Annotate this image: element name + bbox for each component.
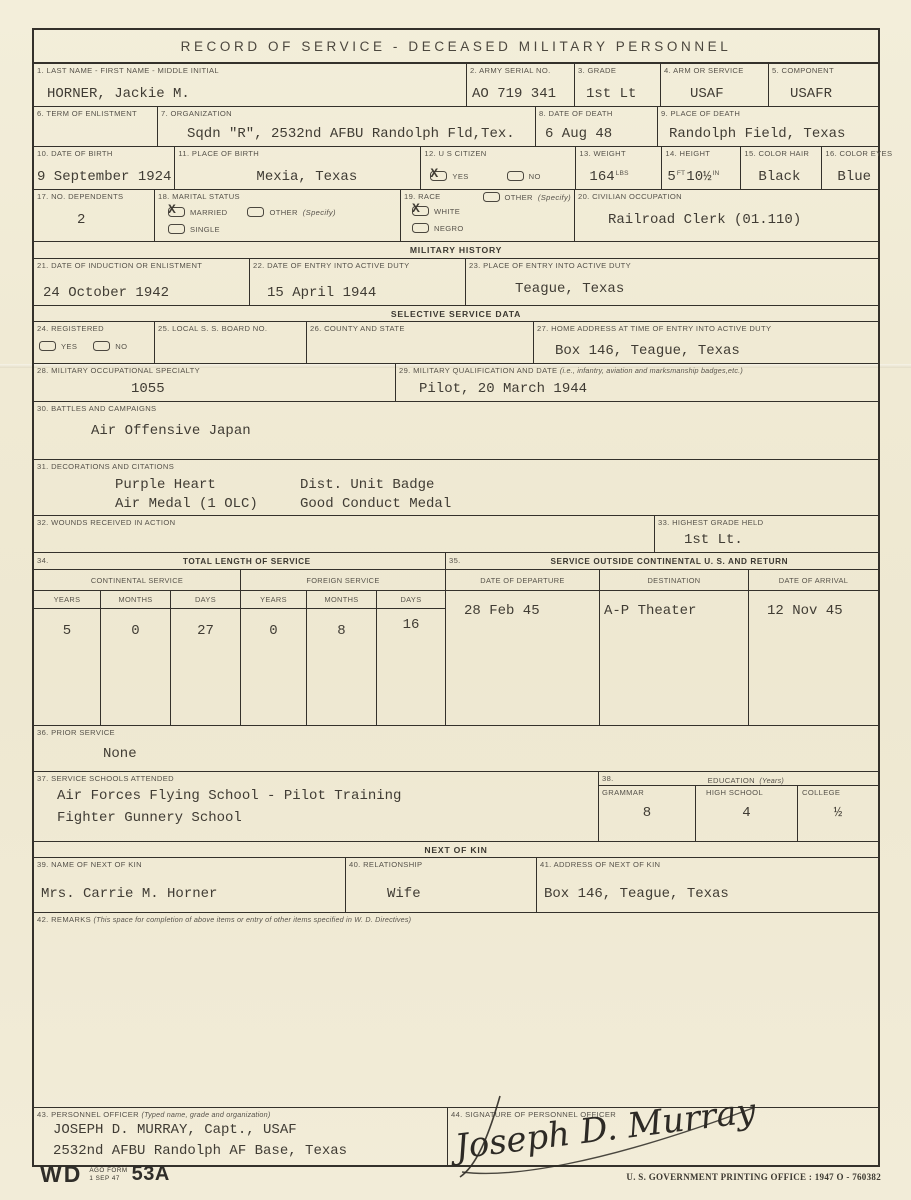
field-label-note: (i.e., infantry, aviation and marksmansh… — [560, 366, 743, 375]
field-value: 1st Lt. — [658, 532, 875, 550]
field-label: 27. HOME ADDRESS AT TIME OF ENTRY INTO A… — [537, 324, 875, 333]
col-destination-header: DESTINATION — [600, 570, 749, 590]
field-highest-grade-held: 33. HIGHEST GRADE HELD 1st Lt. — [655, 516, 878, 552]
field-value: 2 — [37, 212, 151, 228]
field-label-text: 43. PERSONNEL OFFICER — [37, 1110, 139, 1119]
field-value-line1: Air Forces Flying School - Pilot Trainin… — [37, 788, 595, 804]
field-label: 17. NO. DEPENDENTS — [37, 192, 151, 201]
field-value — [37, 142, 154, 144]
destination: A-P Theater — [600, 591, 749, 725]
checkbox-married: X MARRIED — [168, 207, 227, 217]
field-label: 43. PERSONNEL OFFICER (Typed name, grade… — [37, 1110, 444, 1119]
row-fields-10-16: 10. DATE OF BIRTH 9 September 1924 11. P… — [34, 147, 878, 190]
field-value-line2: Fighter Gunnery School — [37, 810, 595, 826]
field-label: 41. ADDRESS OF NEXT OF KIN — [540, 860, 875, 869]
col-years-header: YEARS — [241, 591, 307, 608]
continental-days: 27 — [171, 609, 241, 725]
row-fields-43-44: 43. PERSONNEL OFFICER (Typed name, grade… — [34, 1108, 878, 1165]
row-fields-24-27: 24. REGISTERED X YES X NO 25. LOCAL S. S… — [34, 322, 878, 364]
field-army-serial-no: 2. ARMY SERIAL NO. AO 719 341 — [467, 64, 575, 106]
checkbox-label: NO — [529, 172, 541, 181]
field-label-text: 42. REMARKS — [37, 915, 91, 924]
row-fields-17-20: 17. NO. DEPENDENTS 2 18. MARITAL STATUS … — [34, 190, 878, 242]
field-number: 34. — [34, 556, 49, 565]
field-label: 40. RELATIONSHIP — [349, 860, 533, 869]
col-months-header: MONTHS — [307, 591, 377, 608]
total-length-of-service-block: 34. TOTAL LENGTH OF SERVICE CONTINENTAL … — [34, 553, 446, 725]
field-mos: 28. MILITARY OCCUPATIONAL SPECIALTY 1055 — [34, 364, 396, 401]
field-grade: 3. GRADE 1st Lt — [575, 64, 661, 106]
education-columns: GRAMMAR 8 HIGH SCHOOL 4 COLLEGE ½ — [599, 786, 878, 841]
col-months-header: MONTHS — [101, 591, 171, 608]
field-label: 22. DATE OF ENTRY INTO ACTIVE DUTY — [253, 261, 462, 270]
banner-selective-service: SELECTIVE SERVICE DATA — [34, 306, 878, 322]
row-fields-28-29: 28. MILITARY OCCUPATIONAL SPECIALTY 1055… — [34, 364, 878, 402]
field-value — [37, 548, 651, 550]
continental-months: 0 — [101, 609, 171, 725]
field-value: Blue — [825, 169, 892, 187]
field-value: None — [37, 746, 875, 762]
field-label-note: (Typed name, grade and organization) — [141, 1110, 270, 1119]
field-label: 14. HEIGHT — [665, 149, 737, 158]
field-race: 19. RACE X OTHER (Specify) X WHITE X — [401, 190, 575, 241]
row-fields-21-23: 21. DATE OF INDUCTION OR ENLISTMENT 24 O… — [34, 259, 878, 306]
field-label: 9. PLACE OF DEATH — [661, 109, 875, 118]
field-prior-service: 36. PRIOR SERVICE None — [34, 726, 878, 771]
weight-unit: LBS — [616, 170, 629, 177]
departure-dest-arrival-values: 28 Feb 45 A-P Theater 12 Nov 45 — [446, 591, 878, 725]
foreign-days: 16 — [377, 609, 445, 725]
decoration-item: Good Conduct Medal — [300, 496, 451, 512]
field-label: 8. DATE OF DEATH — [539, 109, 654, 118]
field-battles-and-campaigns: 30. BATTLES AND CAMPAIGNS Air Offensive … — [34, 402, 878, 459]
cell-value: 5 — [63, 623, 71, 725]
field-label: 7. ORGANIZATION — [161, 109, 532, 118]
printing-office-note: U. S. GOVERNMENT PRINTING OFFICE : 1947 … — [626, 1172, 881, 1182]
field-label: 21. DATE OF INDUCTION OR ENLISTMENT — [37, 261, 246, 270]
field-component: 5. COMPONENT USAFR — [769, 64, 878, 106]
field-registered: 24. REGISTERED X YES X NO — [34, 322, 155, 363]
field-place-entry-active-duty: 23. PLACE OF ENTRY INTO ACTIVE DUTY Teag… — [466, 259, 878, 305]
field-arm-or-service: 4. ARM OR SERVICE USAF — [661, 64, 769, 106]
check-x-mark: X — [430, 166, 438, 181]
field-value: Wife — [349, 886, 533, 910]
foreign-service-header: FOREIGN SERVICE — [241, 570, 445, 590]
row-field-36: 36. PRIOR SERVICE None — [34, 726, 878, 772]
field-label: 32. WOUNDS RECEIVED IN ACTION — [37, 518, 651, 527]
date-of-arrival: 12 Nov 45 — [749, 591, 878, 725]
field-value: 15 April 1944 — [253, 285, 462, 303]
check-x-mark: X — [412, 201, 420, 216]
form-date-text: 1 SEP 47 — [89, 1175, 127, 1183]
field-marital-status: 18. MARITAL STATUS X MARRIED X OTHER (Sp… — [155, 190, 401, 241]
field-label: 15. COLOR HAIR — [744, 149, 818, 158]
field-no-dependents: 17. NO. DEPENDENTS 2 — [34, 190, 155, 241]
column-label: HIGH SCHOOL — [696, 786, 797, 797]
field-label: 37. SERVICE SCHOOLS ATTENDED — [37, 774, 595, 783]
field-value: USAFR — [772, 86, 875, 104]
checkbox-label: OTHER — [269, 208, 297, 217]
field-value: Randolph Field, Texas — [661, 126, 875, 144]
field-value: 9 September 1924 — [37, 169, 171, 187]
field-label: 11. PLACE OF BIRTH — [178, 149, 417, 158]
checkbox-label-note: (Specify) — [538, 193, 571, 202]
decoration-item: Dist. Unit Badge — [300, 477, 451, 493]
field-value-group: 164LBS — [579, 167, 658, 187]
form-number: 53A — [132, 1164, 170, 1184]
checkbox-label-note: (Specify) — [303, 208, 336, 217]
col-days-header: DAYS — [377, 591, 445, 608]
checkbox-white: X WHITE — [412, 206, 460, 216]
checkbox-negro: X NEGRO — [412, 223, 464, 233]
education-college: COLLEGE ½ — [798, 786, 878, 841]
field-number: 38. — [599, 774, 614, 783]
field-wounds-received: 32. WOUNDS RECEIVED IN ACTION — [34, 516, 655, 552]
field-value: Teague, Texas — [469, 281, 875, 303]
field-height: 14. HEIGHT 5FT10½IN — [662, 147, 741, 189]
row-fields-6-9: 6. TERM OF ENLISTMENT 7. ORGANIZATION Sq… — [34, 107, 878, 147]
field-place-of-birth: 11. PLACE OF BIRTH Mexia, Texas — [175, 147, 421, 189]
checkbox-label: YES — [61, 342, 77, 351]
education-header: 38. EDUCATION (Years) — [599, 772, 878, 786]
field-value: Pilot, 20 March 1944 — [399, 381, 875, 399]
height-feet-unit: FT — [677, 170, 685, 177]
field-label: 30. BATTLES AND CAMPAIGNS — [37, 404, 875, 413]
field-home-address: 27. HOME ADDRESS AT TIME OF ENTRY INTO A… — [534, 322, 878, 363]
marital-options-row2: X SINGLE — [158, 224, 397, 234]
column-value: ½ — [834, 805, 842, 821]
row-field-30: 30. BATTLES AND CAMPAIGNS Air Offensive … — [34, 402, 878, 460]
cell-value: 0 — [131, 623, 139, 725]
cell-value: 27 — [197, 623, 214, 725]
field-label-text: 29. MILITARY QUALIFICATION AND DATE — [399, 366, 557, 375]
scanned-form-page: RECORD OF SERVICE - DECEASED MILITARY PE… — [0, 0, 911, 1200]
field-local-ss-board: 25. LOCAL S. S. BOARD NO. — [155, 322, 307, 363]
field-label: 16. COLOR EYES — [825, 149, 892, 158]
checkbox-race-other: X OTHER (Specify) — [483, 192, 571, 202]
field-label: 2. ARMY SERIAL NO. — [470, 66, 571, 75]
field-value: AO 719 341 — [470, 86, 571, 104]
column-label: GRAMMAR — [599, 786, 695, 797]
date-of-departure: 28 Feb 45 — [446, 591, 600, 725]
education-title: EDUCATION — [708, 776, 755, 785]
field-remarks: 42. REMARKS (This space for completion o… — [34, 913, 878, 1107]
checkbox-label: MARRIED — [190, 208, 227, 217]
form-title: RECORD OF SERVICE - DECEASED MILITARY PE… — [34, 30, 878, 64]
field-name-of-next-of-kin: 39. NAME OF NEXT OF KIN Mrs. Carrie M. H… — [34, 858, 346, 912]
form-number-footer: WD AGO FORM 1 SEP 47 53A — [40, 1163, 170, 1186]
decorations-list: Purple Heart Dist. Unit Badge Air Medal … — [37, 477, 875, 511]
field-education: 38. EDUCATION (Years) GRAMMAR 8 HIGH SCH… — [599, 772, 878, 841]
field-label: 13. WEIGHT — [579, 149, 658, 158]
row-field-31: 31. DECORATIONS AND CITATIONS Purple Hea… — [34, 460, 878, 516]
field-service-schools: 37. SERVICE SCHOOLS ATTENDED Air Forces … — [34, 772, 599, 841]
field-label: 28. MILITARY OCCUPATIONAL SPECIALTY — [37, 366, 392, 375]
col-days-header: DAYS — [171, 591, 241, 608]
field-value: Mexia, Texas — [178, 169, 417, 187]
checkbox-label: SINGLE — [190, 225, 220, 234]
education-high-school: HIGH SCHOOL 4 — [696, 786, 798, 841]
field-label: 5. COMPONENT — [772, 66, 875, 75]
field-number: 35. — [446, 556, 461, 565]
field-value — [310, 359, 530, 361]
checkbox-registered-yes: X YES — [39, 341, 77, 351]
check-x-mark: X — [168, 202, 176, 217]
checkbox-registered-no: X NO — [93, 341, 127, 351]
section-title: TOTAL LENGTH OF SERVICE — [49, 557, 445, 566]
checkbox-box: X — [93, 341, 110, 351]
height-feet-value: 5 — [667, 169, 675, 185]
record-of-service-form: RECORD OF SERVICE - DECEASED MILITARY PE… — [32, 28, 880, 1167]
field-value: 24 October 1942 — [37, 285, 246, 303]
field-relationship: 40. RELATIONSHIP Wife — [346, 858, 537, 912]
continental-foreign-headers: CONTINENTAL SERVICE FOREIGN SERVICE — [34, 570, 445, 591]
column-value: 8 — [643, 805, 651, 821]
ago-form-stack: AGO FORM 1 SEP 47 — [89, 1167, 127, 1182]
field-label: 18. MARITAL STATUS — [158, 192, 397, 201]
checkbox-citizen-no: X NO — [507, 171, 541, 181]
field-label: 25. LOCAL S. S. BOARD NO. — [158, 324, 303, 333]
field-label: 3. GRADE — [578, 66, 657, 75]
field-value: Sqdn "R", 2532nd AFBU Randolph Fld,Tex. — [161, 126, 532, 144]
field-value: 1055 — [37, 381, 392, 399]
column-label: COLLEGE — [798, 786, 878, 797]
field-weight: 13. WEIGHT 164LBS — [576, 147, 662, 189]
field-date-entry-active-duty: 22. DATE OF ENTRY INTO ACTIVE DUTY 15 Ap… — [250, 259, 466, 305]
continental-service-header: CONTINENTAL SERVICE — [34, 570, 241, 590]
banner-military-history: MILITARY HISTORY — [34, 242, 878, 259]
field-label: 20. CIVILIAN OCCUPATION — [578, 192, 875, 201]
field-date-of-induction: 21. DATE OF INDUCTION OR ENLISTMENT 24 O… — [34, 259, 250, 305]
field-label: 19. RACE — [404, 192, 441, 201]
field-label: 29. MILITARY QUALIFICATION AND DATE (i.e… — [399, 366, 875, 375]
field-value: Box 146, Teague, Texas — [537, 343, 875, 361]
field-value: 1st Lt — [578, 86, 657, 104]
field-label-note: (This space for completion of above item… — [94, 915, 412, 924]
row-field-42: 42. REMARKS (This space for completion o… — [34, 913, 878, 1108]
ago-form-text: AGO FORM — [89, 1167, 127, 1175]
cell-value: 16 — [403, 617, 420, 725]
height-inches-unit: IN — [713, 170, 720, 177]
education-title-note: (Years) — [759, 776, 784, 785]
service-table: 34. TOTAL LENGTH OF SERVICE CONTINENTAL … — [34, 553, 878, 726]
col-departure-header: DATE OF DEPARTURE — [446, 570, 600, 590]
field-organization: 7. ORGANIZATION Sqdn "R", 2532nd AFBU Ra… — [158, 107, 536, 146]
field-civilian-occupation: 20. CIVILIAN OCCUPATION Railroad Clerk (… — [575, 190, 878, 241]
total-length-header: 34. TOTAL LENGTH OF SERVICE — [34, 553, 445, 570]
decoration-item: Air Medal (1 OLC) — [115, 496, 300, 512]
field-label: 4. ARM OR SERVICE — [664, 66, 765, 75]
field-color-hair: 15. COLOR HAIR Black — [741, 147, 822, 189]
field-value: 6 Aug 48 — [539, 126, 654, 144]
continental-years: 5 — [34, 609, 101, 725]
race-row-white: X WHITE — [404, 206, 571, 216]
row-fields-37-38: 37. SERVICE SCHOOLS ATTENDED Air Forces … — [34, 772, 878, 842]
checkbox-box: X — [168, 224, 185, 234]
cell-value: 0 — [269, 623, 277, 725]
field-label: 10. DATE OF BIRTH — [37, 149, 171, 158]
field-value — [158, 359, 303, 361]
education-title-group: EDUCATION (Years) — [614, 770, 878, 788]
citizen-options: X YES X NO — [424, 171, 572, 187]
ymd-values: 5 0 27 0 8 16 — [34, 609, 445, 725]
race-row-negro: X NEGRO — [404, 223, 571, 233]
field-color-eyes: 16. COLOR EYES Blue — [822, 147, 895, 189]
field-date-of-birth: 10. DATE OF BIRTH 9 September 1924 — [34, 147, 175, 189]
checkbox-citizen-yes: X YES — [430, 171, 468, 181]
officer-name-line: JOSEPH D. MURRAY, Capt., USAF — [37, 1122, 444, 1138]
field-value: Railroad Clerk (01.110) — [578, 212, 875, 228]
checkbox-single: X SINGLE — [168, 224, 220, 234]
col-years-header: YEARS — [34, 591, 101, 608]
cell-value: 12 Nov 45 — [767, 603, 843, 725]
field-place-of-death: 9. PLACE OF DEATH Randolph Field, Texas — [658, 107, 878, 146]
field-label: 6. TERM OF ENLISTMENT — [37, 109, 154, 118]
field-label: 33. HIGHEST GRADE HELD — [658, 518, 875, 527]
row-fields-1-5: 1. LAST NAME - FIRST NAME - MIDDLE INITI… — [34, 64, 878, 107]
cell-value: A-P Theater — [604, 603, 696, 725]
section-title: SERVICE OUTSIDE CONTINENTAL U. S. AND RE… — [461, 557, 878, 566]
field-value: HORNER, Jackie M. — [37, 86, 463, 104]
row-fields-39-41: 39. NAME OF NEXT OF KIN Mrs. Carrie M. H… — [34, 858, 878, 913]
departure-dest-arrival-headers: DATE OF DEPARTURE DESTINATION DATE OF AR… — [446, 570, 878, 591]
field-value: USAF — [664, 86, 765, 104]
service-outside-header: 35. SERVICE OUTSIDE CONTINENTAL U. S. AN… — [446, 553, 878, 570]
field-address-of-next-of-kin: 41. ADDRESS OF NEXT OF KIN Box 146, Teag… — [537, 858, 878, 912]
checkbox-label: NEGRO — [434, 224, 464, 233]
field-label: 44. SIGNATURE OF PERSONNEL OFFICER — [451, 1110, 875, 1119]
field-label: 23. PLACE OF ENTRY INTO ACTIVE DUTY — [469, 261, 875, 270]
cell-value: 8 — [337, 623, 345, 725]
field-personnel-officer: 43. PERSONNEL OFFICER (Typed name, grade… — [34, 1108, 448, 1165]
field-value: Air Offensive Japan — [37, 423, 875, 439]
registered-options: X YES X NO — [37, 341, 151, 351]
field-value-group: 5FT10½IN — [665, 167, 737, 187]
field-county-and-state: 26. COUNTY AND STATE — [307, 322, 534, 363]
banner-next-of-kin: NEXT OF KIN — [34, 842, 878, 858]
field-us-citizen: 12. U S CITIZEN X YES X NO — [421, 147, 576, 189]
field-label: 39. NAME OF NEXT OF KIN — [37, 860, 342, 869]
checkbox-label: NO — [115, 342, 127, 351]
field-decorations-and-citations: 31. DECORATIONS AND CITATIONS Purple Hea… — [34, 460, 878, 515]
field-label: 1. LAST NAME - FIRST NAME - MIDDLE INITI… — [37, 66, 463, 75]
education-grammar: GRAMMAR 8 — [599, 786, 696, 841]
column-value: 4 — [742, 805, 750, 821]
wd-mark: WD — [40, 1163, 82, 1186]
checkbox-box: X — [39, 341, 56, 351]
foreign-months: 8 — [307, 609, 377, 725]
ymd-headers: YEARS MONTHS DAYS YEARS MONTHS DAYS — [34, 591, 445, 609]
col-arrival-header: DATE OF ARRIVAL — [749, 570, 878, 590]
row-fields-32-33: 32. WOUNDS RECEIVED IN ACTION 33. HIGHES… — [34, 516, 878, 553]
checkbox-box: X — [412, 223, 429, 233]
decoration-item: Purple Heart — [115, 477, 300, 493]
field-signature-of-personnel-officer: 44. SIGNATURE OF PERSONNEL OFFICER — [448, 1108, 878, 1165]
checkbox-box: X — [168, 207, 185, 217]
field-label: 42. REMARKS (This space for completion o… — [37, 915, 875, 924]
checkbox-box: X — [247, 207, 264, 217]
field-label: 24. REGISTERED — [37, 324, 151, 333]
cell-value: 28 Feb 45 — [464, 603, 540, 725]
field-value: Black — [744, 169, 818, 187]
field-value: Mrs. Carrie M. Horner — [37, 886, 342, 910]
field-label: 26. COUNTY AND STATE — [310, 324, 530, 333]
field-term-of-enlistment: 6. TERM OF ENLISTMENT — [34, 107, 158, 146]
field-label: 36. PRIOR SERVICE — [37, 728, 875, 737]
officer-org-line: 2532nd AFBU Randolph AF Base, Texas — [37, 1143, 444, 1159]
marital-options-row1: X MARRIED X OTHER (Specify) — [158, 207, 397, 217]
field-date-of-death: 8. DATE OF DEATH 6 Aug 48 — [536, 107, 658, 146]
checkbox-label: OTHER — [505, 193, 533, 202]
height-inches-value: 10½ — [686, 169, 711, 185]
checkbox-box: X — [483, 192, 500, 202]
checkbox-box: X — [412, 206, 429, 216]
checkbox-label: WHITE — [434, 207, 460, 216]
field-military-qualification: 29. MILITARY QUALIFICATION AND DATE (i.e… — [396, 364, 878, 401]
checkbox-box: X — [430, 171, 447, 181]
race-header: 19. RACE X OTHER (Specify) — [404, 192, 571, 202]
field-last-name: 1. LAST NAME - FIRST NAME - MIDDLE INITI… — [34, 64, 467, 106]
foreign-years: 0 — [241, 609, 307, 725]
checkbox-box: X — [507, 171, 524, 181]
checkbox-marital-other: X OTHER (Specify) — [247, 207, 335, 217]
field-label: 31. DECORATIONS AND CITATIONS — [37, 462, 875, 471]
field-value: 164 — [589, 169, 614, 185]
field-value: Box 146, Teague, Texas — [540, 886, 875, 910]
checkbox-label: YES — [452, 172, 468, 181]
service-outside-block: 35. SERVICE OUTSIDE CONTINENTAL U. S. AN… — [446, 553, 878, 725]
field-label: 12. U S CITIZEN — [424, 149, 572, 158]
